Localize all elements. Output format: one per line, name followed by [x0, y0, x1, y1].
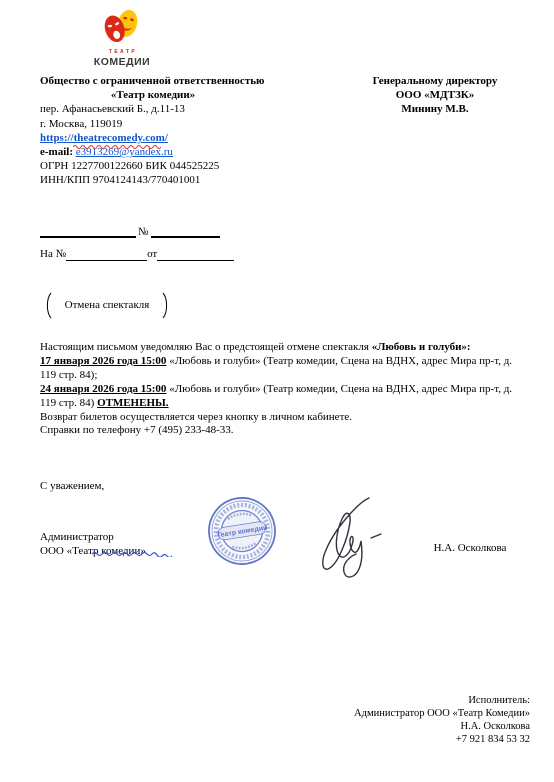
website-link[interactable]: https://theatrecomedy.com/ [40, 132, 168, 144]
signer-role: Администратор [40, 530, 146, 544]
body-refund-line: Возврат билетов осуществляется через кно… [40, 411, 521, 425]
body-intro-text: Настоящим письмом уведомляю Вас о предст… [40, 341, 372, 353]
executor-phone: +7 921 834 53 32 [354, 733, 530, 746]
ot-label: от [147, 248, 157, 261]
executor-label: Исполнитель: [354, 694, 530, 707]
date-blank-line [40, 224, 136, 238]
incoming-date-blank [157, 248, 234, 261]
bracket-left-icon [44, 292, 52, 319]
sender-block: Общество с ограниченной ответственностью… [40, 74, 266, 188]
company-stamp: Театр комедии [201, 490, 283, 572]
executor-name: Н.А. Осколкова [354, 720, 530, 733]
signer-name: Н.А. Осколкова [424, 542, 516, 554]
handwritten-signature [313, 494, 391, 582]
sender-inn: ИНН/КПП 9704124143/770401001 [40, 173, 266, 187]
regards-line: С уважением, [40, 480, 104, 492]
incoming-number-line: На № от [40, 247, 234, 261]
executor-role: Администратор ООО «Театр Комедии» [354, 707, 530, 720]
body-date1-line: 17 января 2026 года 15:00 «Любовь и голу… [40, 355, 521, 383]
blue-squiggle-underline [92, 551, 172, 557]
cancel-date-1: 17 января 2026 года 15:00 [40, 355, 166, 367]
body-phone-line: Справки по телефону +7 (495) 233-48-33. [40, 424, 521, 438]
recipient-block: Генеральному директору ООО «МДТЗК» Минин… [353, 74, 517, 117]
comedy-masks-icon [102, 6, 142, 48]
incoming-number-blank [66, 248, 147, 261]
na-no-label: На № [40, 248, 66, 261]
sender-city: г. Москва, 119019 [40, 117, 266, 131]
recipient-name: Минину М.В. [353, 102, 517, 116]
number-sign: № [136, 226, 151, 238]
sender-ogrn: ОГРН 1227700122660 БИК 044525225 [40, 159, 266, 173]
recipient-company: ООО «МДТЗК» [353, 88, 517, 102]
body-show-title: «Любовь и голуби»: [372, 341, 471, 353]
subject-frame: Отмена спектакля [44, 291, 170, 319]
executor-block: Исполнитель: Администратор ООО «Театр Ко… [354, 694, 530, 746]
body-date2-line: 24 января 2026 года 15:00 «Любовь и голу… [40, 383, 521, 411]
sender-street: пер. Афанасьевский Б., д.11-13 [40, 102, 266, 116]
recipient-title: Генеральному директору [353, 74, 517, 88]
subject-text: Отмена спектакля [52, 299, 162, 311]
sender-company-type: Общество с ограниченной ответственностью [40, 74, 266, 88]
logo-word-teatr: ТЕАТР [85, 49, 159, 55]
outgoing-number-line: № [40, 224, 220, 238]
sender-company-name: «Театр комедии» [40, 88, 266, 102]
cancelled-word: ОТМЕНЕНЫ. [97, 397, 168, 409]
red-squiggle-underline [73, 144, 161, 149]
body-intro-line: Настоящим письмом уведомляю Вас о предст… [40, 341, 521, 355]
number-blank-line [151, 224, 220, 238]
logo-word-komedii: КОМЕДИИ [85, 56, 159, 68]
letter-body: Настоящим письмом уведомляю Вас о предст… [40, 341, 521, 438]
email-label: e-mail: [40, 146, 76, 158]
cancel-date-2: 24 января 2026 года 15:00 [40, 383, 166, 395]
sender-website-row: https://theatrecomedy.com/ [40, 131, 266, 145]
letter-page: ТЕАТР КОМЕДИИ Общество с ограниченной от… [0, 0, 554, 782]
bracket-right-icon [162, 292, 170, 319]
theater-logo: ТЕАТР КОМЕДИИ [85, 6, 159, 68]
